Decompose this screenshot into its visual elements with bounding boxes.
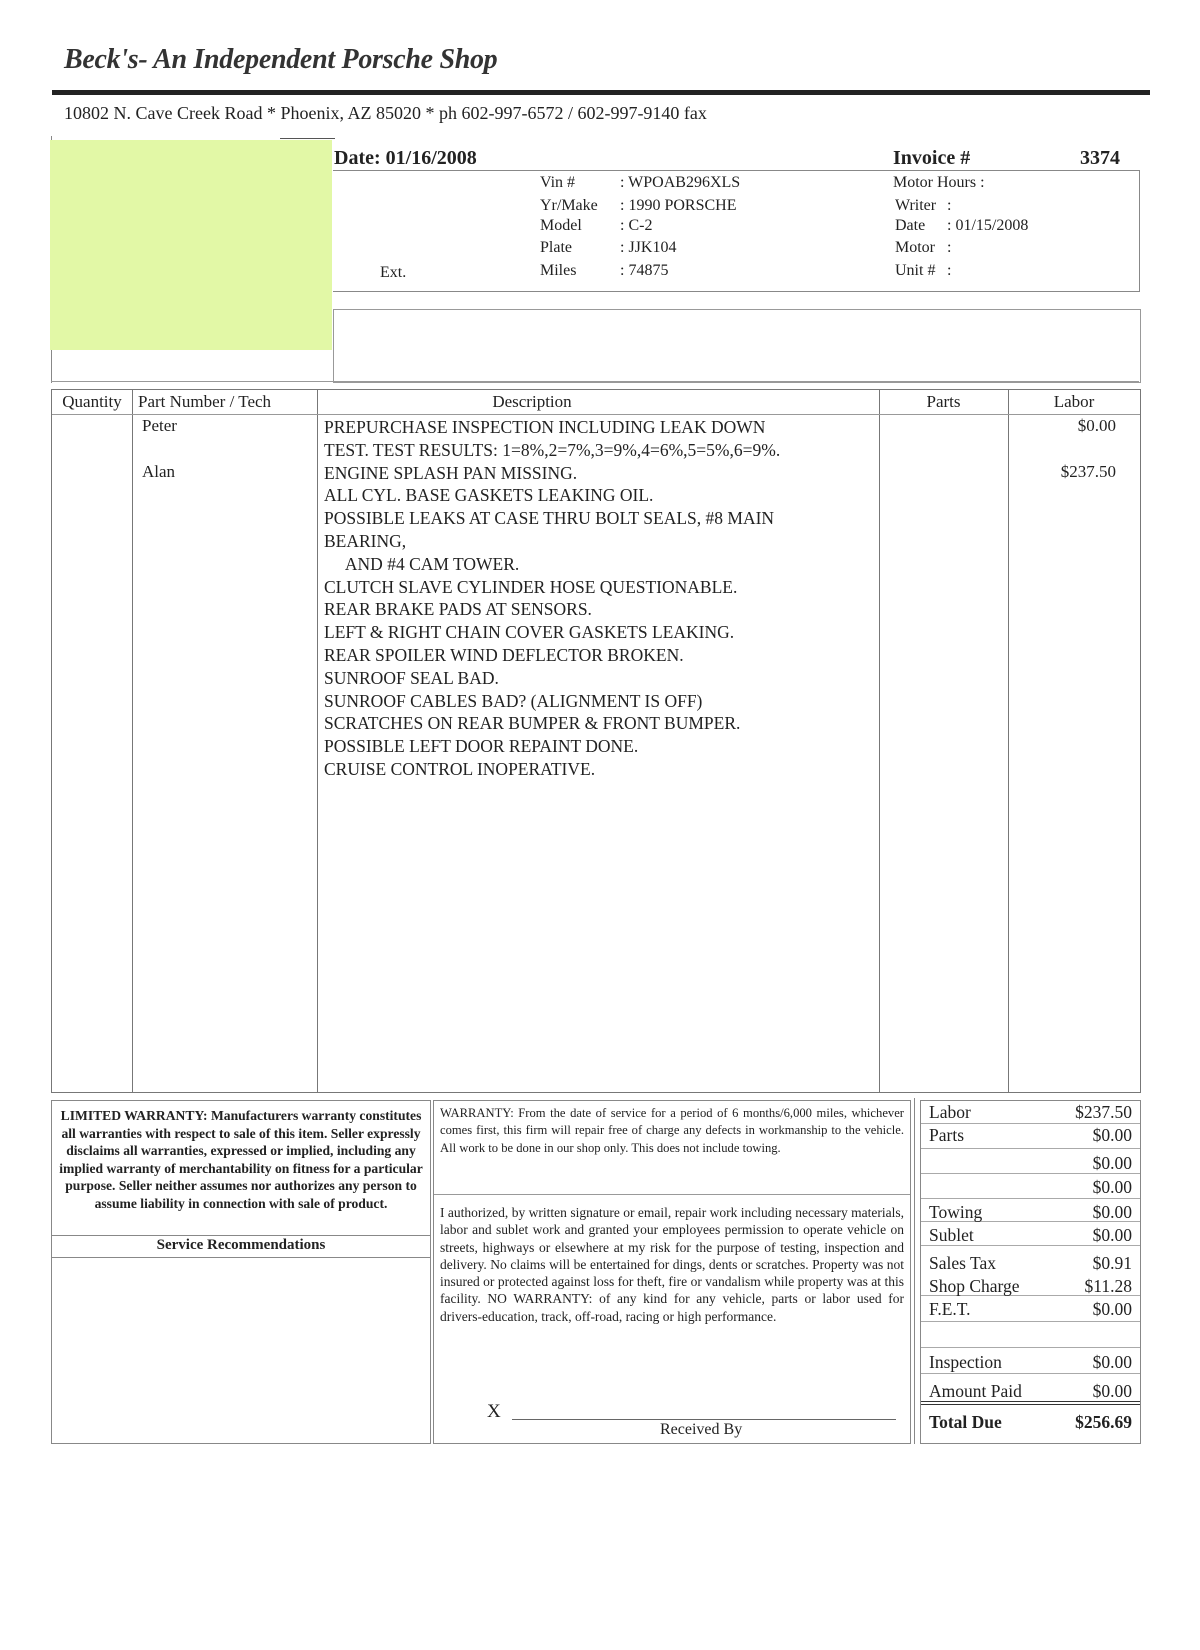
service-field-value: : 01/15/2008	[947, 217, 1028, 234]
warranty-box: WARRANTY: From the date of service for a…	[433, 1100, 911, 1444]
totals-value: $0.00	[1093, 1202, 1132, 1223]
totals-value: $11.28	[1085, 1276, 1132, 1297]
totals-box: Labor$237.50Parts$0.00$0.00$0.00Towing$0…	[920, 1100, 1141, 1444]
vehicle-field: Vin #: WPOAB296XLS	[540, 174, 740, 192]
totals-value: $256.69	[1075, 1412, 1132, 1433]
totals-label: Total Due	[929, 1412, 1002, 1433]
vehicle-field-label: Vin #	[540, 174, 620, 192]
totals-label: Amount Paid	[929, 1381, 1022, 1402]
vehicle-field: Yr/Make: 1990 PORSCHE	[540, 197, 736, 215]
notes-box-bottom	[51, 381, 1139, 382]
shop-address: 10802 N. Cave Creek Road * Phoenix, AZ 8…	[64, 103, 707, 124]
labor-amount: $237.50	[1061, 462, 1116, 482]
header-quantity: Quantity	[52, 390, 132, 414]
totals-label: Parts	[929, 1125, 964, 1146]
limited-warranty-box: LIMITED WARRANTY: Manufacturers warranty…	[51, 1100, 431, 1444]
vehicle-field: Miles: 74875	[540, 262, 668, 280]
service-field-value: :	[947, 239, 951, 256]
totals-label: F.E.T.	[929, 1299, 971, 1320]
vehicle-field-label: Yr/Make	[540, 197, 620, 215]
totals-value: $0.00	[1093, 1225, 1132, 1246]
service-recommendations-label: Service Recommendations	[52, 1237, 430, 1254]
service-field-label: Unit #	[895, 262, 947, 280]
signature-mark: X	[487, 1401, 501, 1423]
received-by-label: Received By	[660, 1421, 742, 1439]
header-parts: Parts	[879, 390, 1008, 414]
service-field: Date: 01/15/2008	[895, 217, 1028, 235]
vehicle-field-label: Miles	[540, 262, 620, 280]
tech-name: Peter	[142, 416, 177, 436]
totals-value: $0.00	[1093, 1299, 1132, 1320]
totals-value: $0.00	[1093, 1381, 1132, 1402]
service-field-label: Motor Hours :	[893, 174, 985, 192]
vehicle-field-label: Model	[540, 217, 620, 235]
totals-value: $0.00	[1093, 1352, 1132, 1373]
vehicle-field-value: : C-2	[620, 217, 652, 234]
totals-label: Towing	[929, 1202, 982, 1223]
service-field: Motor:	[895, 239, 951, 257]
header-description: Description	[317, 390, 747, 414]
totals-value: $0.00	[1093, 1153, 1132, 1174]
service-field-label: Date	[895, 217, 947, 235]
ext-label: Ext.	[380, 264, 406, 282]
warranty-text: WARRANTY: From the date of service for a…	[440, 1105, 904, 1157]
service-field: Unit #:	[895, 262, 951, 280]
totals-label: Shop Charge	[929, 1276, 1020, 1297]
totals-value: $0.00	[1093, 1177, 1132, 1198]
service-field: Writer:	[895, 197, 951, 215]
service-field-label: Motor	[895, 239, 947, 257]
totals-label: Labor	[929, 1102, 971, 1123]
limited-warranty-text: LIMITED WARRANTY: Manufacturers warranty…	[54, 1107, 428, 1212]
header-part-number: Part Number / Tech	[138, 390, 317, 414]
vehicle-field-value: : 74875	[620, 262, 668, 279]
customer-box-top	[280, 138, 335, 139]
vehicle-field-value: : 1990 PORSCHE	[620, 197, 736, 214]
vehicle-field: Model: C-2	[540, 217, 652, 235]
authorization-text: I authorized, by written signature or em…	[440, 1204, 904, 1325]
totals-value: $0.00	[1093, 1125, 1132, 1146]
shop-name: Beck's- An Independent Porsche Shop	[64, 44, 497, 76]
line-items-table: Quantity Part Number / Tech Description …	[51, 389, 1141, 1093]
header-labor: Labor	[1008, 390, 1140, 414]
redaction-sticky-note	[50, 140, 332, 350]
service-field: Motor Hours :	[893, 174, 985, 192]
service-field-label: Writer	[895, 197, 947, 215]
service-field-value: :	[947, 197, 951, 214]
labor-amount: $0.00	[1078, 416, 1116, 436]
vehicle-field-label: Plate	[540, 239, 620, 257]
vehicle-field: Plate: JJK104	[540, 239, 676, 257]
totals-value: $237.50	[1075, 1102, 1132, 1123]
tech-name: Alan	[142, 462, 175, 482]
totals-label: Sales Tax	[929, 1253, 996, 1274]
header-rule	[52, 90, 1150, 95]
signature-line[interactable]	[512, 1419, 896, 1420]
vehicle-field-value: : WPOAB296XLS	[620, 174, 740, 191]
totals-label: Sublet	[929, 1225, 974, 1246]
notes-box	[333, 309, 1141, 383]
totals-value: $0.91	[1093, 1253, 1132, 1274]
invoice-label: Invoice #	[893, 147, 970, 170]
vehicle-field-value: : JJK104	[620, 239, 676, 256]
service-field-value: :	[947, 262, 951, 279]
invoice-number: 3374	[1080, 147, 1120, 170]
invoice-date: Date: 01/16/2008	[334, 147, 477, 170]
totals-label: Inspection	[929, 1352, 1002, 1373]
line-item-description: PREPURCHASE INSPECTION INCLUDING LEAK DO…	[324, 416, 780, 781]
